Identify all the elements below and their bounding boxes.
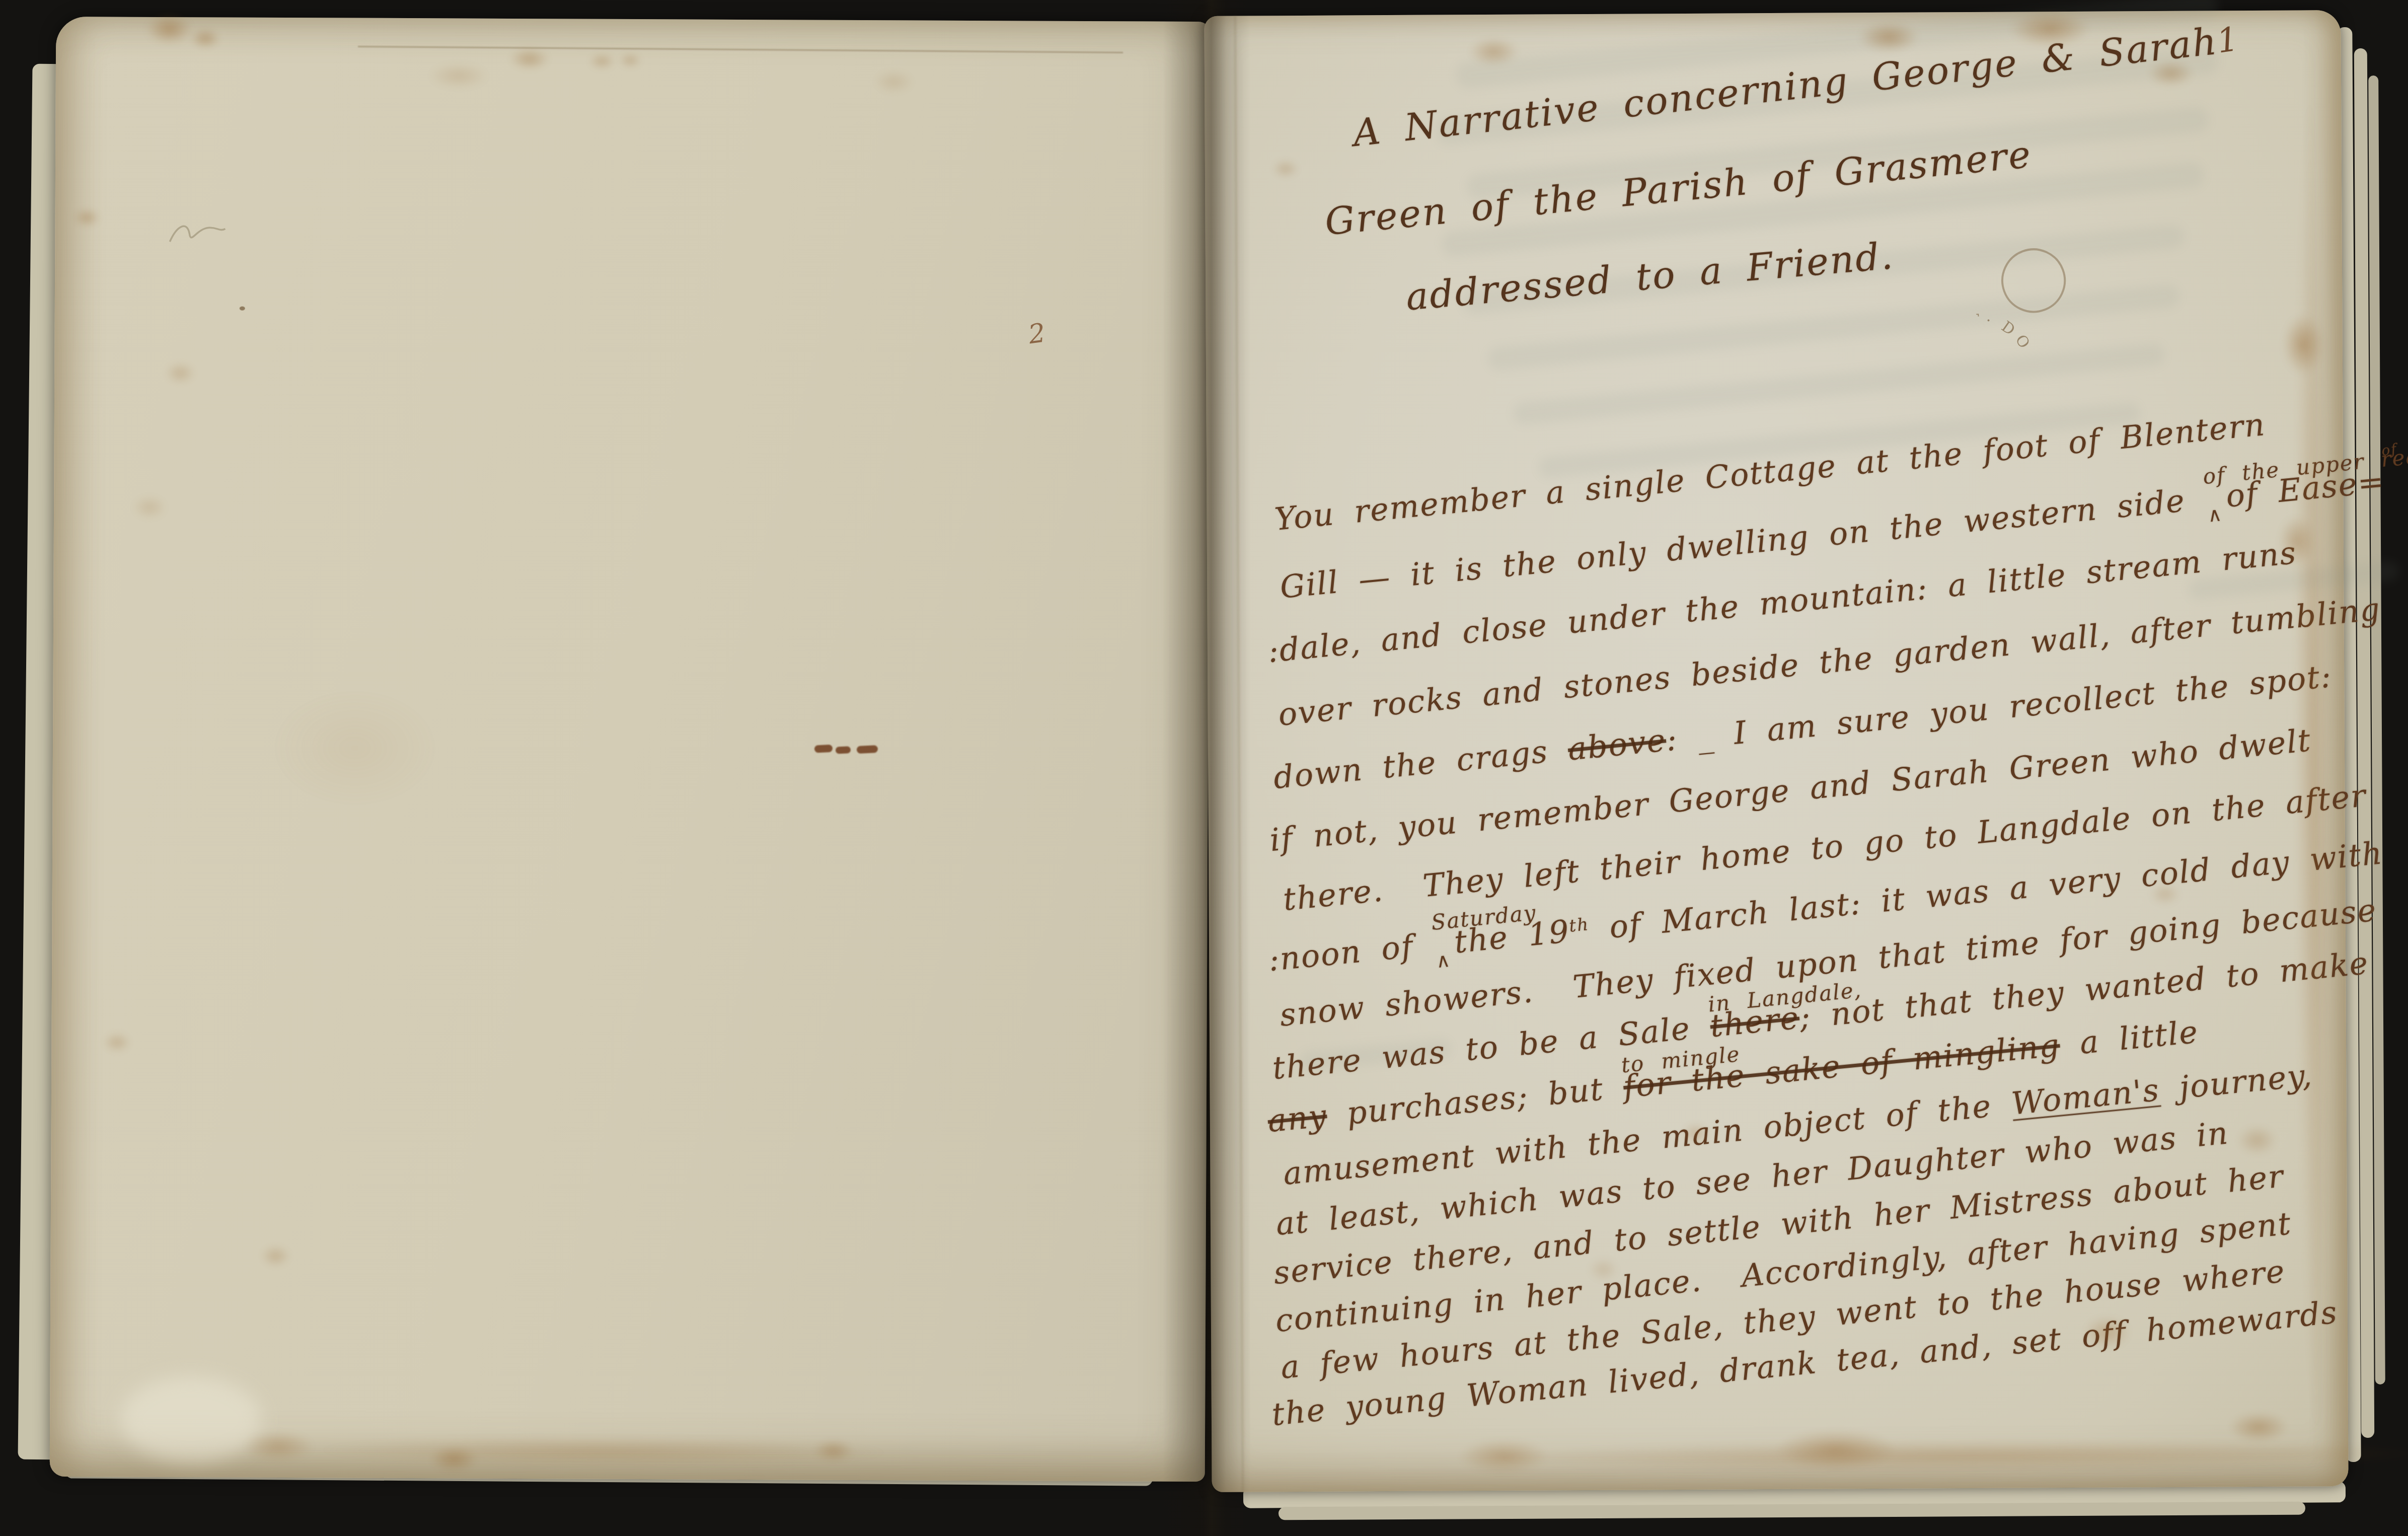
faint-pencil-mark [167,213,232,254]
stamp-inner-circle [1993,241,2073,321]
struck-text: any [1266,1097,1328,1139]
paper-stain [244,1431,314,1462]
insertion-caret: ∧ [1435,949,1452,973]
paper-stain [874,69,914,94]
ink-blot-2 [836,746,851,754]
paper-stain [165,362,195,384]
insertion-caret: ∧ [2207,503,2224,527]
book-scan: 2 A Narrative concerning George & Sarah … [0,0,2408,1536]
paper-stain [146,14,192,44]
paper-stain [509,48,550,70]
paper-stain [619,53,641,67]
paper-stain [314,1435,893,1468]
paper-stain [190,28,220,48]
ink-blot-1 [814,745,833,753]
page-edge-line [358,46,1123,53]
manuscript-text: :noon of [1267,926,1436,978]
paper-stain [813,1440,854,1462]
paper-stain [261,1245,291,1267]
underlined-text: Woman's [2010,1071,2161,1122]
paper-stain [269,687,440,809]
left-page: 2 [50,17,1212,1482]
right-page: A Narrative concerning George & Sarah Gr… [1204,10,2348,1492]
superscript-text: th [1568,914,1590,936]
manuscript-body: You remember a single Cottage at the foo… [1204,10,2348,1492]
paper-stain [428,62,489,89]
paper-stain [589,53,615,69]
paper-stain [132,495,167,520]
paper-stain [103,1032,131,1052]
ink-speck [240,307,245,311]
ink-blot-3 [857,745,878,754]
manuscript-text: a little [2058,1013,2200,1063]
paper-stain [74,208,100,227]
paper-stain [430,1446,478,1472]
manuscript-text: journey, [2158,1056,2314,1108]
manuscript-text: down the crags [1272,731,1570,796]
manuscript-text: purchases; but [1325,1068,1625,1133]
struck-text: above [1566,721,1668,767]
left-page-number: 2 [1027,318,1047,350]
pale-patch [120,1376,262,1462]
